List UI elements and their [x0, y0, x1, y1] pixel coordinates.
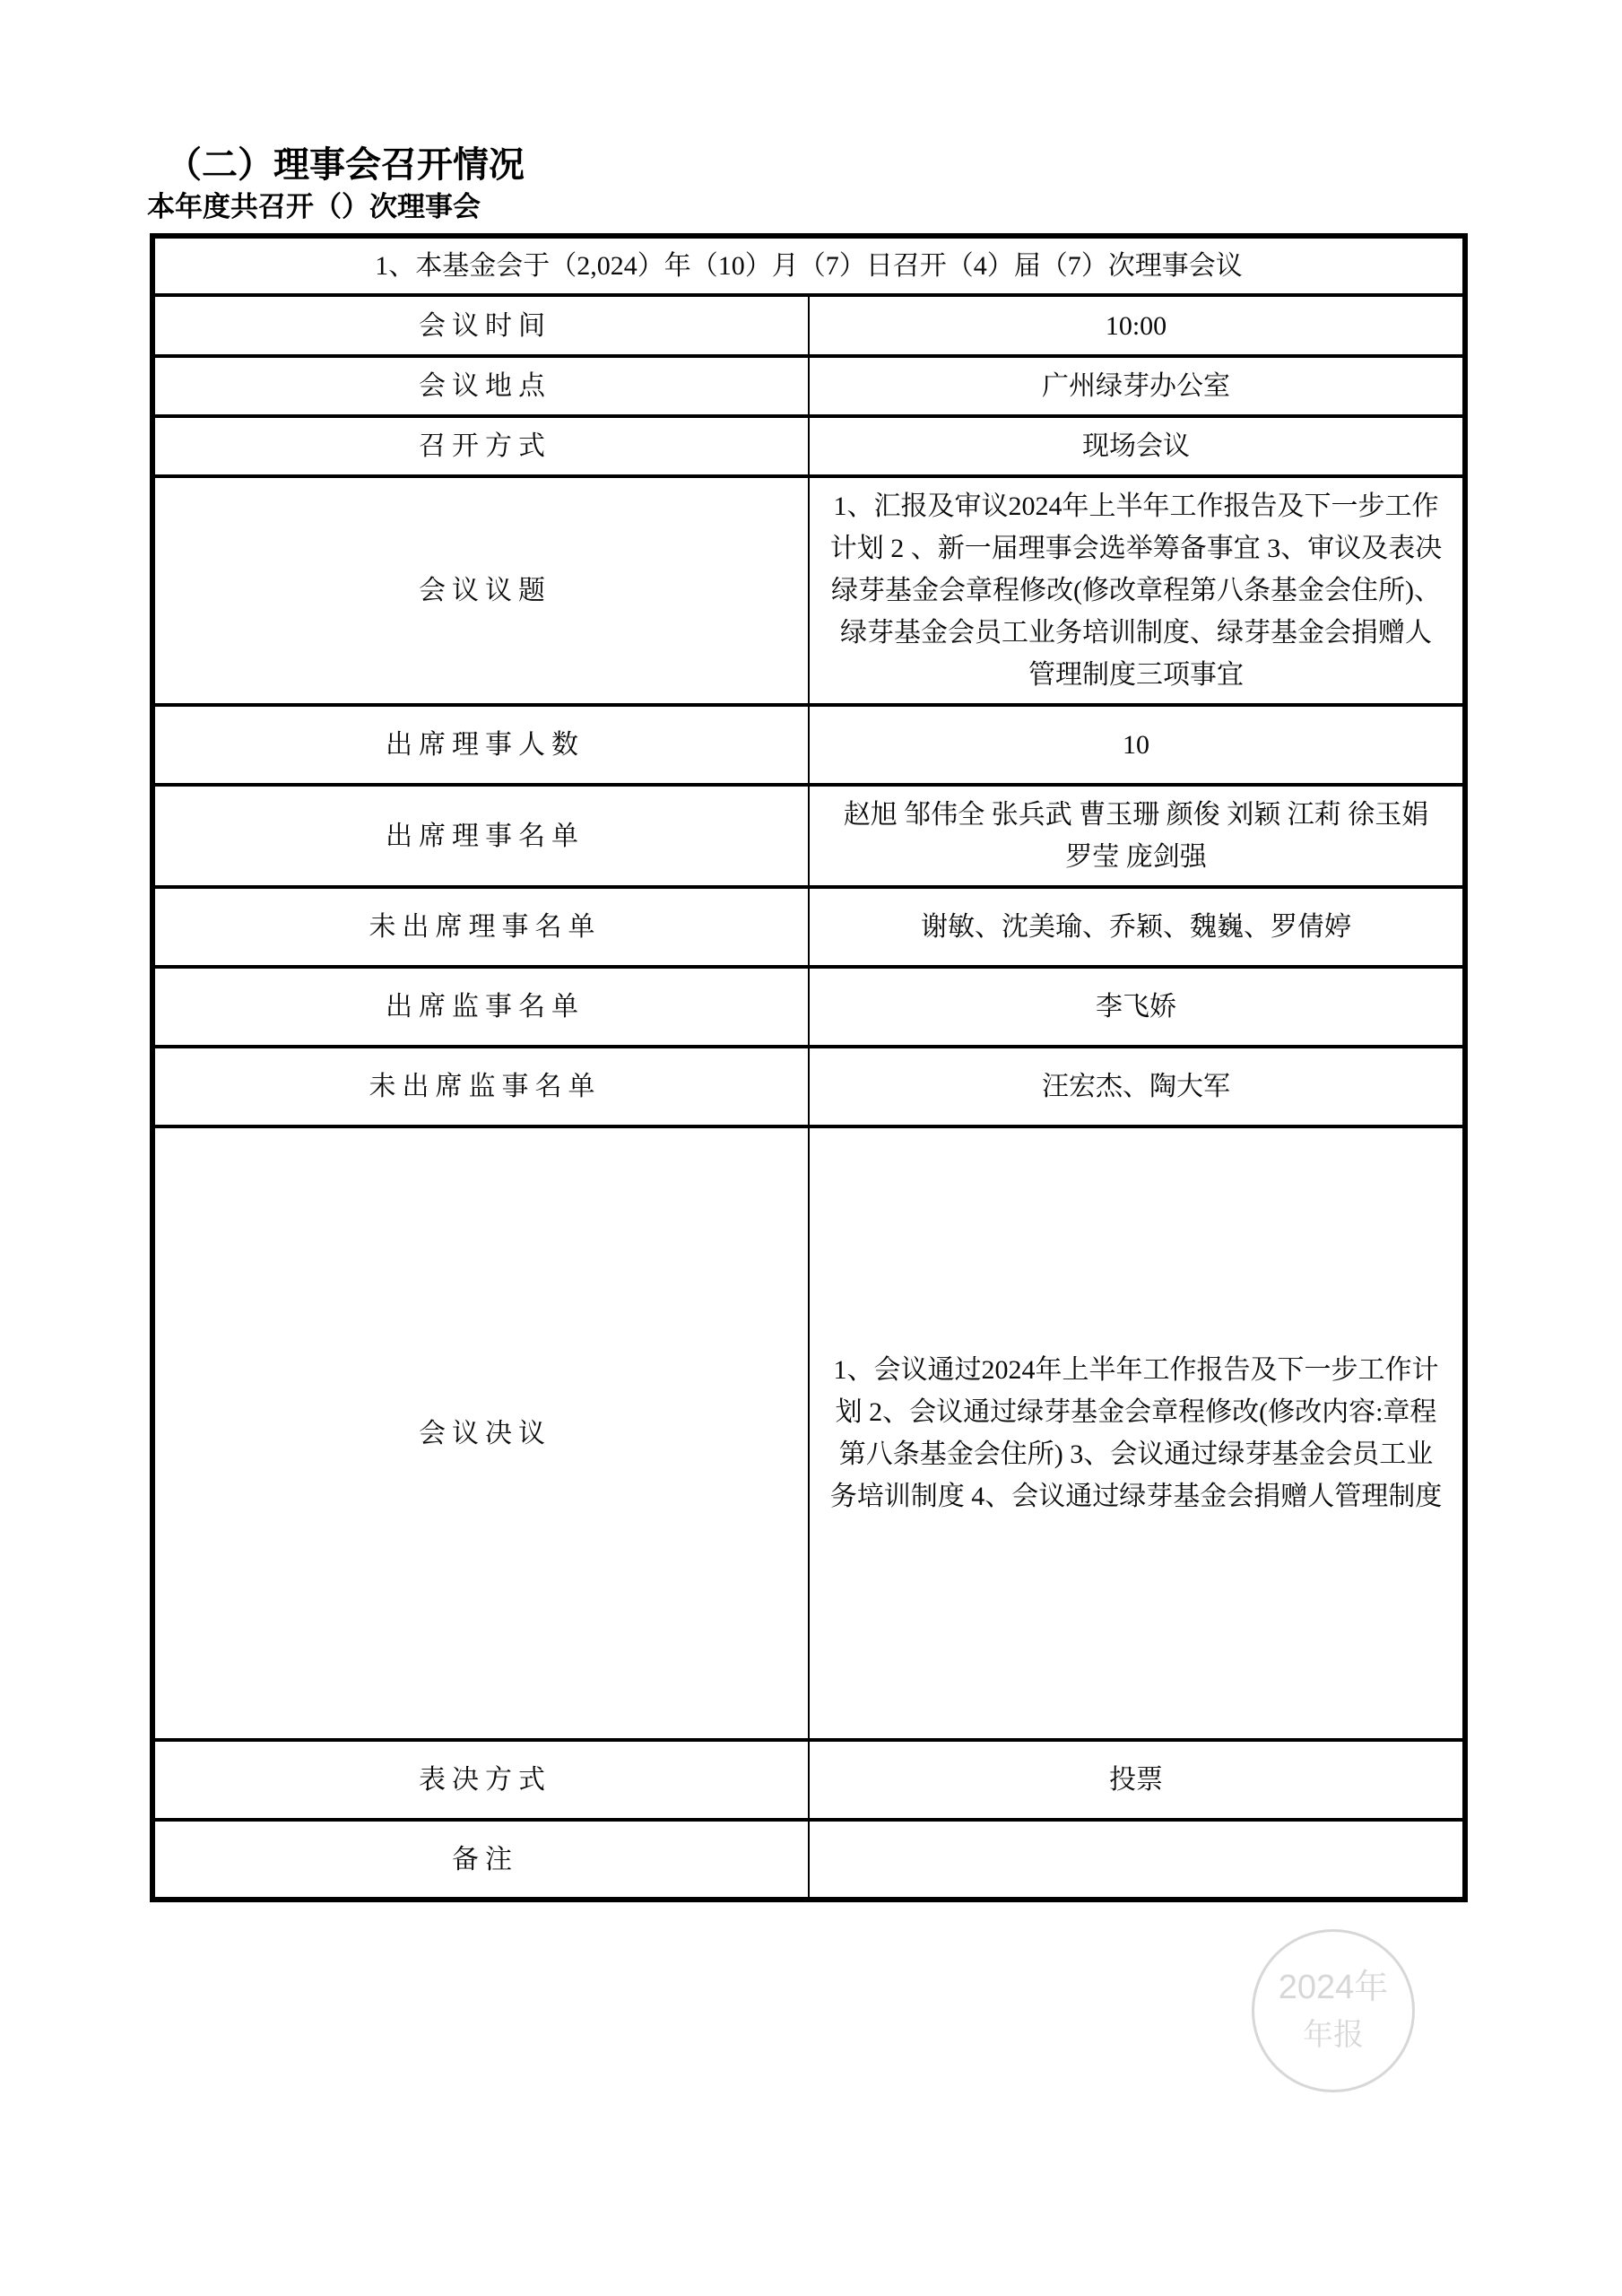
directors-present-list-value: 赵旭 邹伟全 张兵武 曹玉珊 颜俊 刘颖 江莉 徐玉娟 罗莹 庞剑强 — [809, 785, 1465, 887]
annual-report-watermark-badge: 2024年 年报 — [1252, 1929, 1415, 2092]
table-row-directors-present-count: 出席理事人数 10 — [152, 705, 1465, 785]
watermark-report-text: 年报 — [1303, 2012, 1364, 2058]
table-row-meeting-header: 1、本基金会于（2,024）年（10）月（7）日召开（4）届（7）次理事会议 — [152, 236, 1465, 295]
table-row-voting-method: 表决方式 投票 — [152, 1740, 1465, 1820]
document-page: （二）理事会召开情况 本年度共召开（）次理事会 1、本基金会于（2,024）年（… — [0, 0, 1622, 2296]
table-row-directors-absent-list: 未出席理事名单 谢敏、沈美瑜、乔颖、魏巍、罗倩婷 — [152, 887, 1465, 967]
meeting-resolutions-label: 会议决议 — [152, 1126, 809, 1740]
directors-present-count-label: 出席理事人数 — [152, 705, 809, 785]
directors-absent-list-value: 谢敏、沈美瑜、乔颖、魏巍、罗倩婷 — [809, 887, 1465, 967]
meeting-resolutions-value: 1、会议通过2024年上半年工作报告及下一步工作计划 2、会议通过绿芽基金会章程… — [809, 1126, 1465, 1740]
meeting-place-value: 广州绿芽办公室 — [809, 356, 1465, 416]
meeting-topics-value: 1、汇报及审议2024年上半年工作报告及下一步工作计划 2 、新一届理事会选举筹… — [809, 476, 1465, 705]
directors-absent-list-label: 未出席理事名单 — [152, 887, 809, 967]
directors-present-list-label: 出席理事名单 — [152, 785, 809, 887]
directors-present-count-value: 10 — [809, 705, 1465, 785]
section-title: （二）理事会召开情况 — [166, 143, 525, 187]
table-row-meeting-place: 会议地点 广州绿芽办公室 — [152, 356, 1465, 416]
meeting-mode-label: 召开方式 — [152, 416, 809, 476]
supervisors-absent-list-label: 未出席监事名单 — [152, 1047, 809, 1126]
remarks-value — [809, 1820, 1465, 1900]
supervisors-present-list-value: 李飞娇 — [809, 967, 1465, 1047]
meeting-time-label: 会议时间 — [152, 295, 809, 356]
table-row-remarks: 备注 — [152, 1820, 1465, 1900]
meeting-mode-value: 现场会议 — [809, 416, 1465, 476]
meeting-header-cell: 1、本基金会于（2,024）年（10）月（7）日召开（4）届（7）次理事会议 — [152, 236, 1465, 295]
meeting-place-label: 会议地点 — [152, 356, 809, 416]
meeting-time-value: 10:00 — [809, 295, 1465, 356]
voting-method-label: 表决方式 — [152, 1740, 809, 1820]
supervisors-absent-list-value: 汪宏杰、陶大军 — [809, 1047, 1465, 1126]
supervisors-present-list-label: 出席监事名单 — [152, 967, 809, 1047]
table-row-meeting-mode: 召开方式 现场会议 — [152, 416, 1465, 476]
voting-method-value: 投票 — [809, 1740, 1465, 1820]
table-row-directors-present-list: 出席理事名单 赵旭 邹伟全 张兵武 曹玉珊 颜俊 刘颖 江莉 徐玉娟 罗莹 庞剑… — [152, 785, 1465, 887]
table-row-meeting-resolutions: 会议决议 1、会议通过2024年上半年工作报告及下一步工作计划 2、会议通过绿芽… — [152, 1126, 1465, 1740]
table-row-supervisors-present-list: 出席监事名单 李飞娇 — [152, 967, 1465, 1047]
meeting-topics-label: 会议议题 — [152, 476, 809, 705]
remarks-label: 备注 — [152, 1820, 809, 1900]
table-row-meeting-topics: 会议议题 1、汇报及审议2024年上半年工作报告及下一步工作计划 2 、新一届理… — [152, 476, 1465, 705]
watermark-year-text: 2024年 — [1279, 1963, 1389, 2012]
section-subtitle: 本年度共召开（）次理事会 — [147, 190, 481, 224]
board-meeting-table: 1、本基金会于（2,024）年（10）月（7）日召开（4）届（7）次理事会议 会… — [150, 233, 1468, 1902]
table-row-meeting-time: 会议时间 10:00 — [152, 295, 1465, 356]
table-row-supervisors-absent-list: 未出席监事名单 汪宏杰、陶大军 — [152, 1047, 1465, 1126]
